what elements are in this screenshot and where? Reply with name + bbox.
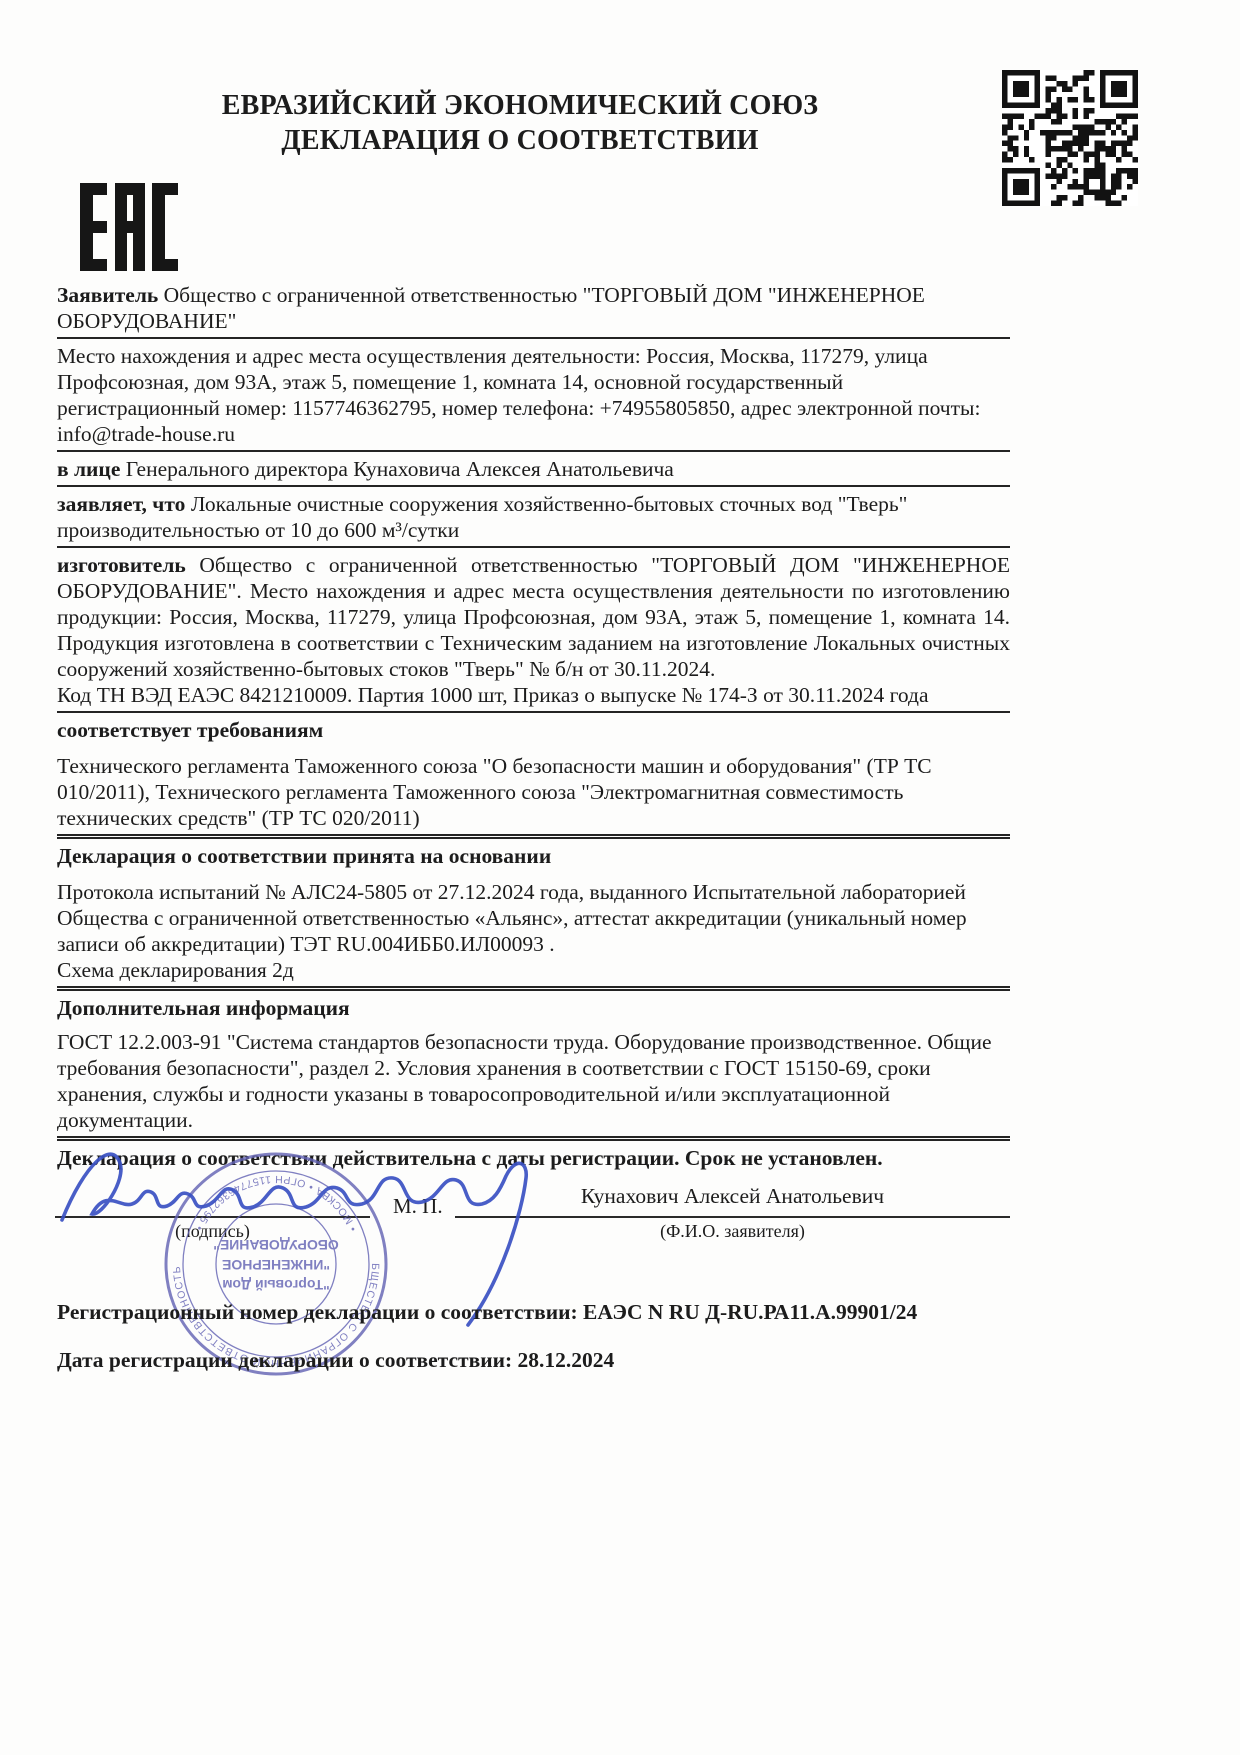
document-title: ЕВРАЗИЙСКИЙ ЭКОНОМИЧЕСКИЙ СОЮЗ ДЕКЛАРАЦИ… — [115, 88, 925, 158]
applicant-section: Заявитель Общество с ограниченной ответс… — [57, 282, 1010, 339]
manufacturer-label: изготовитель — [57, 553, 186, 577]
applicant-text: Общество с ограниченной ответственностью… — [57, 283, 925, 333]
declares-section: заявляет, что Локальные очистные сооруже… — [57, 491, 1010, 548]
basis-heading: Декларация о соответствии принята на осн… — [57, 843, 1010, 869]
in-person-label: в лице — [57, 457, 120, 481]
title-line-1: ЕВРАЗИЙСКИЙ ЭКОНОМИЧЕСКИЙ СОЮЗ — [115, 88, 925, 123]
eac-mark-icon — [80, 183, 178, 276]
meets-text: Технического регламента Таможенного союз… — [57, 754, 932, 830]
meets-heading: соответствует требованиям — [57, 717, 1010, 743]
manufacturer-text: Общество с ограниченной ответственностью… — [57, 553, 1010, 681]
declaration-document: ЕВРАЗИЙСКИЙ ЭКОНОМИЧЕСКИЙ СОЮЗ ДЕКЛАРАЦИ… — [0, 0, 1240, 1755]
registration-number-line: Регистрационный номер декларации о соотв… — [57, 1300, 917, 1325]
address-section: Место нахождения и адрес места осуществл… — [57, 343, 1010, 452]
basis-section: Протокола испытаний № АЛС24-5805 от 27.1… — [57, 879, 1010, 991]
basis-text: Протокола испытаний № АЛС24-5805 от 27.1… — [57, 880, 967, 982]
title-line-2: ДЕКЛАРАЦИЯ О СООТВЕТСТВИИ — [115, 123, 925, 158]
in-person-text: Генерального директора Кунаховича Алексе… — [120, 457, 673, 481]
additional-text: ГОСТ 12.2.003-91 "Система стандартов без… — [57, 1030, 992, 1132]
declares-label: заявляет, что — [57, 492, 185, 516]
declares-text: Локальные очистные сооружения хозяйствен… — [57, 492, 907, 542]
document-body: Заявитель Общество с ограниченной ответс… — [57, 282, 1010, 1171]
meets-section: Технического регламента Таможенного союз… — [57, 753, 1010, 839]
applicant-label: Заявитель — [57, 283, 158, 307]
additional-heading: Дополнительная информация — [57, 995, 1010, 1021]
customs-code-line: Код ТН ВЭД ЕАЭС 8421210009. Партия 1000 … — [57, 683, 929, 707]
in-person-section: в лице Генерального директора Кунаховича… — [57, 456, 1010, 487]
manufacturer-section: изготовитель Общество с ограниченной отв… — [57, 552, 1010, 713]
address-text: Место нахождения и адрес места осуществл… — [57, 344, 980, 446]
registration-date-line: Дата регистрации декларации о соответств… — [57, 1348, 614, 1373]
qr-code-icon — [1002, 70, 1138, 211]
